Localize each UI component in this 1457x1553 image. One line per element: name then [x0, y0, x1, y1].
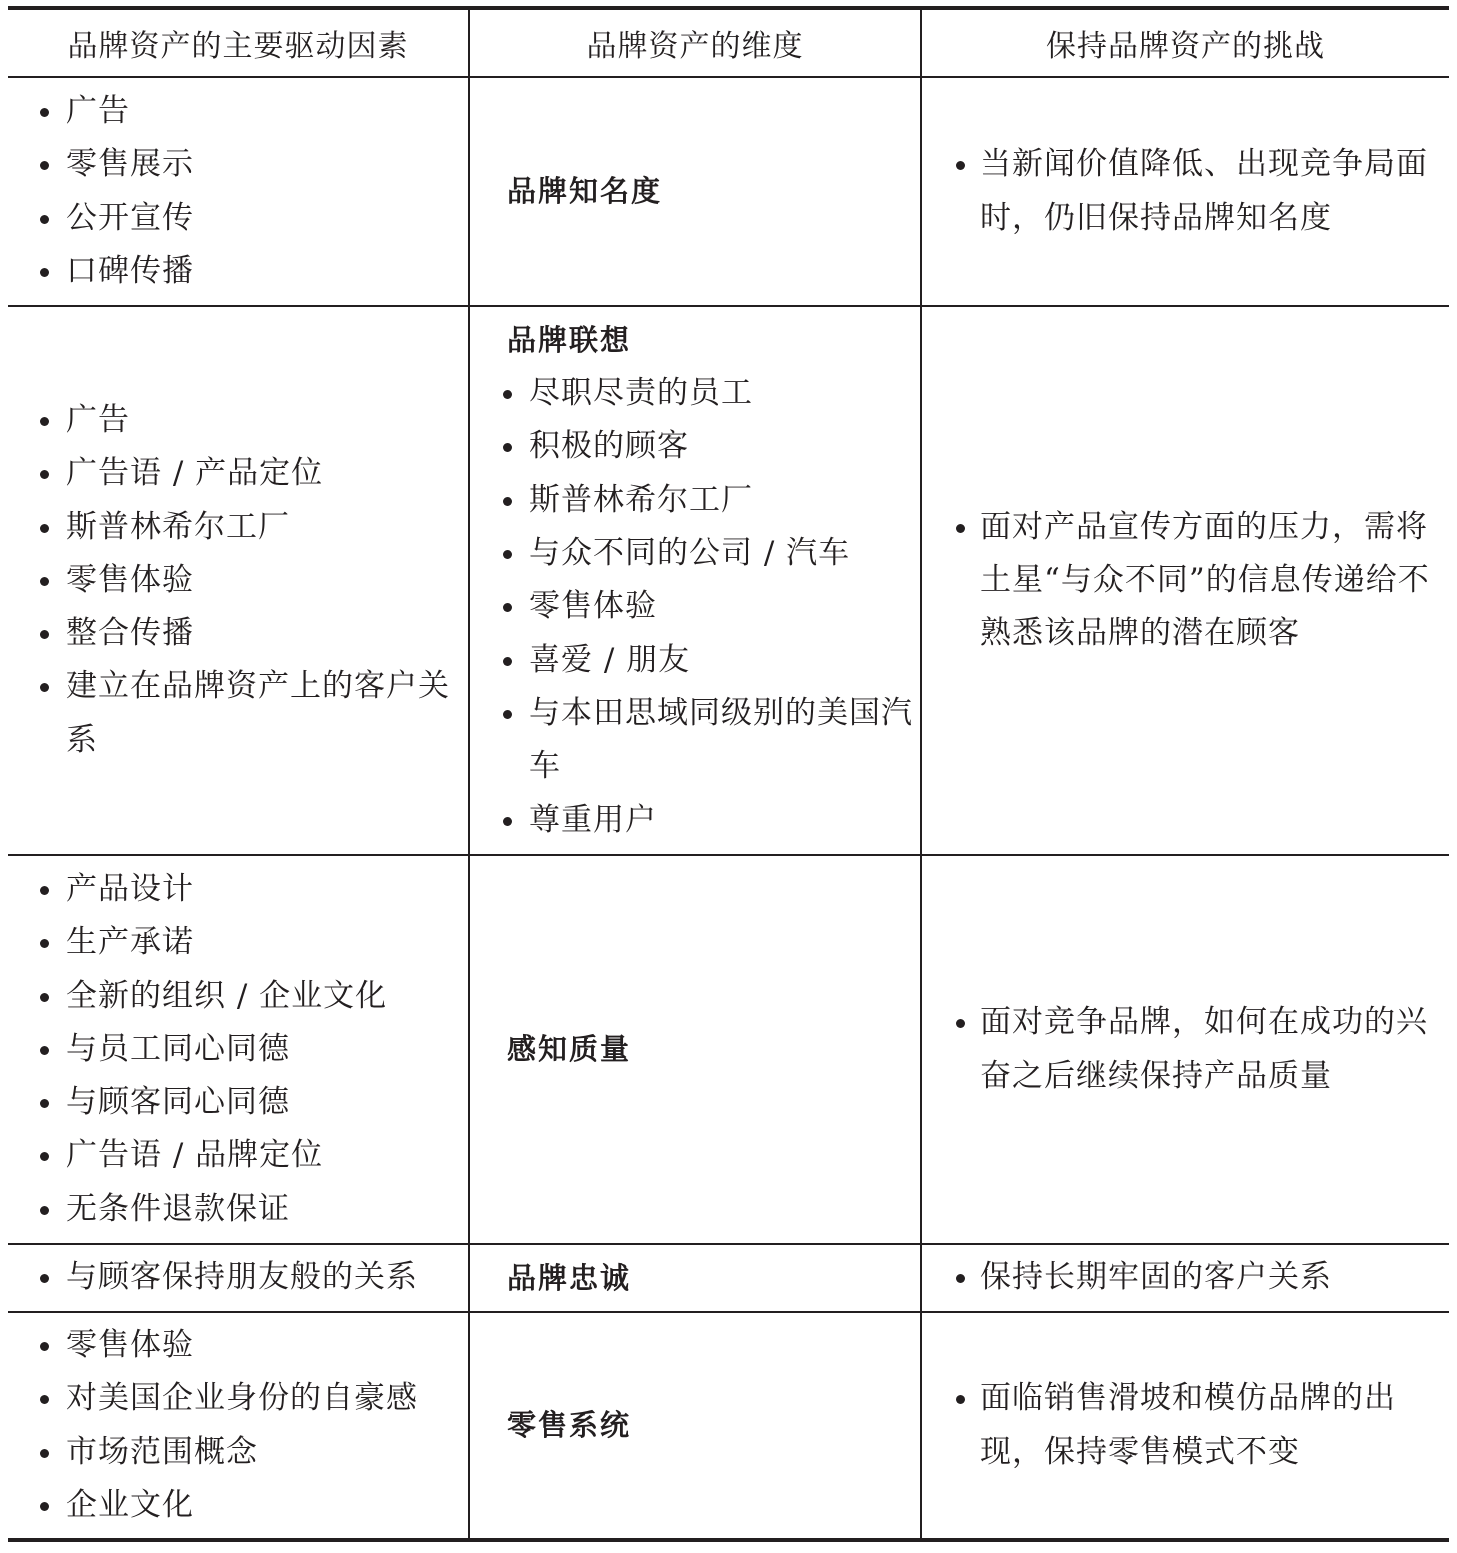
drivers-list: 广告 广告语 / 产品定位 斯普林希尔工厂 零售体验 整合传播 建立在品牌资产上…: [8, 394, 468, 767]
drivers-list: 产品设计 生产承诺 全新的组织 / 企业文化 与员工同心同德 与顾客同心同德 广…: [8, 863, 468, 1236]
challenges-list: 保持长期牢固的客户关系: [922, 1251, 1449, 1304]
list-item: 尊重用户: [507, 794, 920, 847]
table-row-associations: 广告 广告语 / 产品定位 斯普林希尔工厂 零售体验 整合传播 建立在品牌资产上…: [8, 306, 1449, 855]
list-item: 零售展示: [8, 138, 468, 191]
dimension-title: 品牌联想: [507, 314, 920, 367]
list-item: 广告: [8, 85, 468, 138]
dimension-title: 感知质量: [507, 1023, 920, 1076]
header-dimensions: 品牌资产的维度: [469, 8, 921, 77]
list-item: 口碑传播: [8, 245, 468, 298]
list-item: 广告语 / 品牌定位: [8, 1129, 468, 1182]
challenges-list: 面对产品宣传方面的压力，需将土星“与众不同”的信息传递给不熟悉该品牌的潜在顾客: [922, 501, 1449, 661]
drivers-cell: 零售体验 对美国企业身份的自豪感 市场范围概念 企业文化: [8, 1312, 469, 1540]
list-item: 保持长期牢固的客户关系: [922, 1251, 1449, 1304]
dimension-items-list: 尽职尽责的员工 积极的顾客 斯普林希尔工厂 与众不同的公司 / 汽车 零售体验 …: [507, 367, 920, 847]
dimension-cell: 感知质量: [469, 855, 921, 1244]
dimension-title: 品牌知名度: [507, 165, 920, 218]
drivers-list: 广告 零售展示 公开宣传 口碑传播: [8, 85, 468, 298]
challenges-cell: 当新闻价值降低、出现竞争局面时，仍旧保持品牌知名度: [921, 77, 1449, 306]
list-item: 与顾客同心同德: [8, 1076, 468, 1129]
dimension-cell: 品牌忠诚: [469, 1244, 921, 1312]
list-item: 建立在品牌资产上的客户关系: [8, 660, 468, 767]
list-item: 广告语 / 产品定位: [8, 447, 468, 500]
dimension-cell: 品牌知名度: [469, 77, 921, 306]
drivers-cell: 广告 广告语 / 产品定位 斯普林希尔工厂 零售体验 整合传播 建立在品牌资产上…: [8, 306, 469, 855]
dimension-cell: 零售系统: [469, 1312, 921, 1540]
drivers-list: 与顾客保持朋友般的关系: [8, 1251, 468, 1304]
challenges-list: 当新闻价值降低、出现竞争局面时，仍旧保持品牌知名度: [922, 138, 1449, 245]
table-row-retail-system: 零售体验 对美国企业身份的自豪感 市场范围概念 企业文化 零售系统 面临销售滑坡…: [8, 1312, 1449, 1540]
list-item: 尽职尽责的员工: [507, 367, 920, 420]
list-item: 全新的组织 / 企业文化: [8, 970, 468, 1023]
list-item: 与顾客保持朋友般的关系: [8, 1251, 468, 1304]
dimension-title: 零售系统: [507, 1399, 920, 1452]
list-item: 市场范围概念: [8, 1426, 468, 1479]
list-item: 斯普林希尔工厂: [507, 474, 920, 527]
list-item: 当新闻价值降低、出现竞争局面时，仍旧保持品牌知名度: [922, 138, 1449, 245]
table-row-loyalty: 与顾客保持朋友般的关系 品牌忠诚 保持长期牢固的客户关系: [8, 1244, 1449, 1312]
list-item: 积极的顾客: [507, 420, 920, 473]
list-item: 斯普林希尔工厂: [8, 501, 468, 554]
list-item: 零售体验: [8, 1319, 468, 1372]
header-drivers: 品牌资产的主要驱动因素: [8, 8, 469, 77]
list-item: 零售体验: [507, 580, 920, 633]
dimension-cell: 品牌联想 尽职尽责的员工 积极的顾客 斯普林希尔工厂 与众不同的公司 / 汽车 …: [469, 306, 921, 855]
list-item: 与员工同心同德: [8, 1023, 468, 1076]
challenges-list: 面对竞争品牌，如何在成功的兴奋之后继续保持产品质量: [922, 996, 1449, 1103]
drivers-list: 零售体验 对美国企业身份的自豪感 市场范围概念 企业文化: [8, 1319, 468, 1532]
challenges-cell: 保持长期牢固的客户关系: [921, 1244, 1449, 1312]
list-item: 生产承诺: [8, 916, 468, 969]
list-item: 企业文化: [8, 1479, 468, 1532]
header-row: 品牌资产的主要驱动因素 品牌资产的维度 保持品牌资产的挑战: [8, 8, 1449, 77]
challenges-list: 面临销售滑坡和模仿品牌的出现，保持零售模式不变: [922, 1372, 1449, 1479]
table-row-awareness: 广告 零售展示 公开宣传 口碑传播 品牌知名度 当新闻价值降低、出现竞争局面时，…: [8, 77, 1449, 306]
list-item: 与众不同的公司 / 汽车: [507, 527, 920, 580]
list-item: 与本田思域同级别的美国汽车: [507, 687, 920, 794]
challenges-cell: 面临销售滑坡和模仿品牌的出现，保持零售模式不变: [921, 1312, 1449, 1540]
list-item: 广告: [8, 394, 468, 447]
list-item: 面临销售滑坡和模仿品牌的出现，保持零售模式不变: [922, 1372, 1449, 1479]
drivers-cell: 产品设计 生产承诺 全新的组织 / 企业文化 与员工同心同德 与顾客同心同德 广…: [8, 855, 469, 1244]
list-item: 面对竞争品牌，如何在成功的兴奋之后继续保持产品质量: [922, 996, 1449, 1103]
list-item: 无条件退款保证: [8, 1183, 468, 1236]
dimension-title: 品牌忠诚: [507, 1252, 920, 1305]
list-item: 产品设计: [8, 863, 468, 916]
challenges-cell: 面对产品宣传方面的压力，需将土星“与众不同”的信息传递给不熟悉该品牌的潜在顾客: [921, 306, 1449, 855]
list-item: 面对产品宣传方面的压力，需将土星“与众不同”的信息传递给不熟悉该品牌的潜在顾客: [922, 501, 1449, 661]
drivers-cell: 广告 零售展示 公开宣传 口碑传播: [8, 77, 469, 306]
challenges-cell: 面对竞争品牌，如何在成功的兴奋之后继续保持产品质量: [921, 855, 1449, 1244]
list-item: 对美国企业身份的自豪感: [8, 1372, 468, 1425]
brand-equity-table: 品牌资产的主要驱动因素 品牌资产的维度 保持品牌资产的挑战 广告 零售展示 公开…: [8, 6, 1449, 1542]
header-challenges: 保持品牌资产的挑战: [921, 8, 1449, 77]
list-item: 喜爱 / 朋友: [507, 634, 920, 687]
table-row-perceived-quality: 产品设计 生产承诺 全新的组织 / 企业文化 与员工同心同德 与顾客同心同德 广…: [8, 855, 1449, 1244]
list-item: 公开宣传: [8, 192, 468, 245]
drivers-cell: 与顾客保持朋友般的关系: [8, 1244, 469, 1312]
list-item: 零售体验: [8, 554, 468, 607]
list-item: 整合传播: [8, 607, 468, 660]
